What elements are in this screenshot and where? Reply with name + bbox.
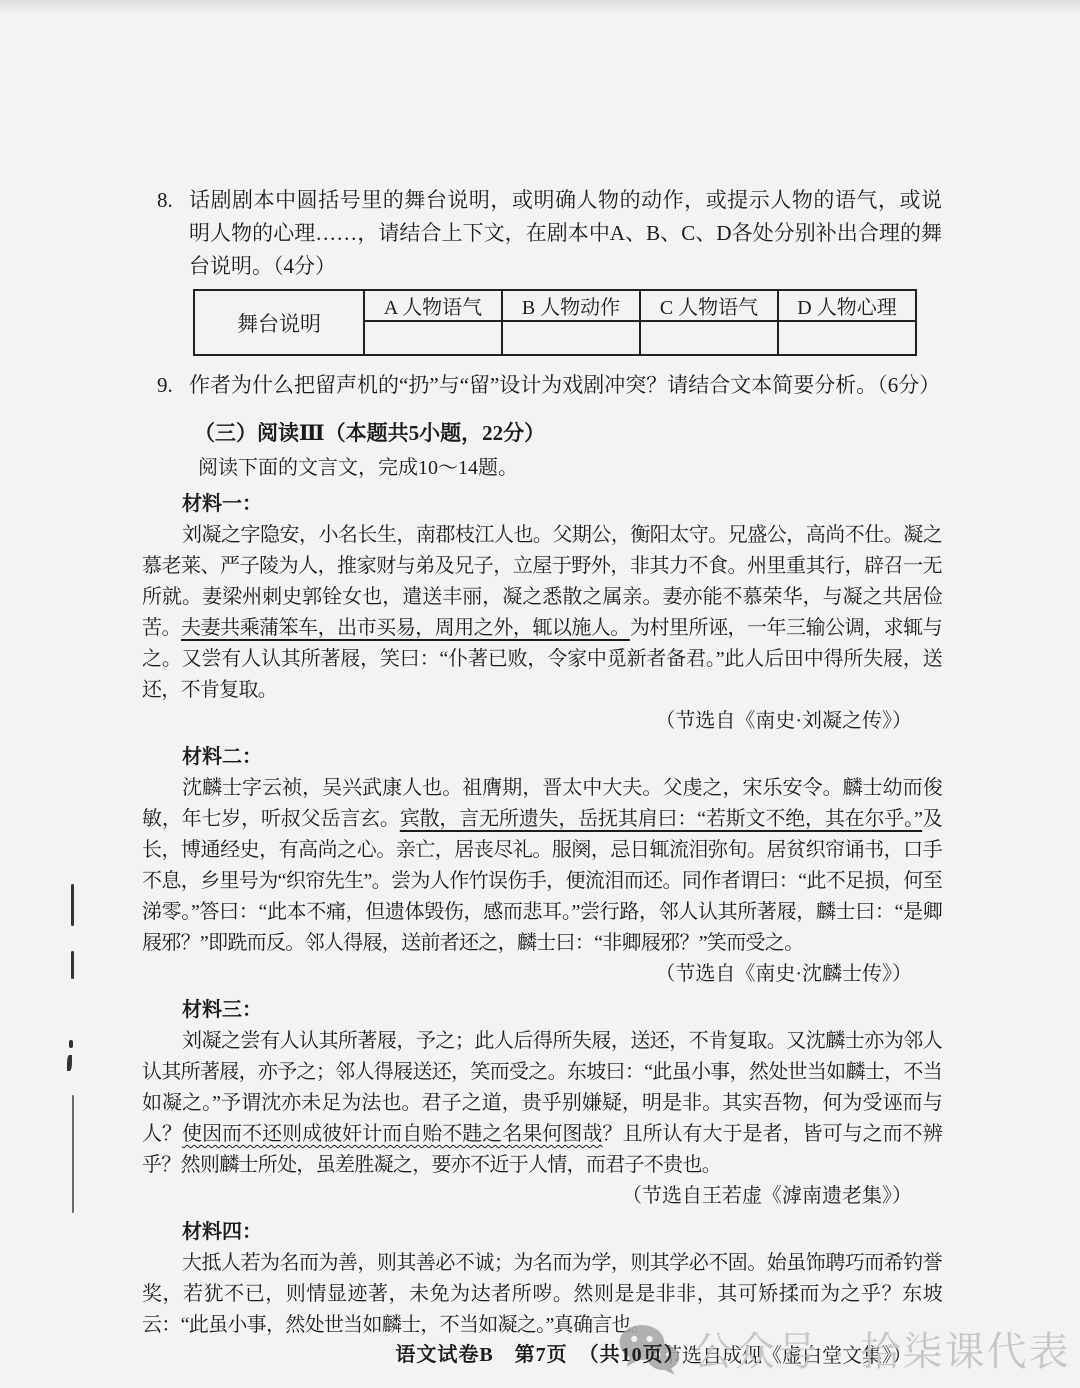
question-9: 9. 作者为什么把留声机的“扔”与“留”设计为戏剧冲突？请结合文本简要分析。（6… xyxy=(142,369,942,402)
table-answer-cell-a xyxy=(364,321,502,355)
material-2-paragraph: 沈麟士字云祯，吴兴武康人也。祖膺期，晋太中大夫。父虔之，宋乐安令。麟士幼而俊敏，… xyxy=(142,773,942,959)
page-content: 8. 话剧剧本中圆括号里的舞台说明，或明确人物的动作，或提示人物的语气，或说明人… xyxy=(142,184,942,1372)
material-1-paragraph: 刘凝之字隐安，小名长生，南郡枝江人也。父期公，衡阳太守。兄盛公，高尚不仕。凝之慕… xyxy=(142,520,942,706)
scan-artifact-mark xyxy=(69,1040,73,1048)
table-answer-cell-b xyxy=(502,321,640,355)
table-col-header-b: B 人物动作 xyxy=(502,290,640,321)
material-3-citation: （节选自王若虚《滹南遗老集》） xyxy=(142,1181,942,1212)
table-col-header-a: A 人物语气 xyxy=(364,290,502,321)
table-col-header-c: C 人物语气 xyxy=(640,290,778,321)
material-1-label: 材料一： xyxy=(142,489,942,520)
material-2-underlined-text: 宾散，言无所遗失，岳抚其肩曰：“若斯文不绝，其在尔乎。” xyxy=(400,808,922,830)
section-intro: 阅读下面的文言文，完成10～14题。 xyxy=(142,452,942,484)
material-2-citation: （节选自《南史·沈麟士传》） xyxy=(142,959,942,990)
stage-direction-table: 舞台说明 A 人物语气 B 人物动作 C 人物语气 D 人物心理 xyxy=(193,289,917,356)
material-3-paragraph: 刘凝之尝有人认其所著屐，予之；此人后得所失屐，送还，不肯复取。又沈麟士亦为邻人认… xyxy=(142,1026,942,1181)
table-row-header: 舞台说明 xyxy=(194,290,364,355)
table-answer-cell-c xyxy=(640,321,778,355)
question-8-number: 8. xyxy=(142,184,189,283)
table-row: 舞台说明 A 人物语气 B 人物动作 C 人物语气 D 人物心理 xyxy=(194,290,916,321)
material-2-label: 材料二： xyxy=(142,742,942,773)
material-3-wavy-underlined-text: 使因而不还则成彼奸计而自贻不韪之名果何图哉 xyxy=(182,1123,602,1145)
table-answer-cell-d xyxy=(778,321,916,355)
scan-artifact-line xyxy=(71,951,74,979)
question-8: 8. 话剧剧本中圆括号里的舞台说明，或明确人物的动作，或提示人物的语气，或说明人… xyxy=(142,184,942,283)
exam-paper-page: 8. 话剧剧本中圆括号里的舞台说明，或明确人物的动作，或提示人物的语气，或说明人… xyxy=(0,0,1080,1388)
section-heading: （三）阅读Ⅲ（本题共5小题，22分） xyxy=(142,417,942,450)
scan-artifact-mark xyxy=(67,1055,72,1071)
question-9-text: 作者为什么把留声机的“扔”与“留”设计为戏剧冲突？请结合文本简要分析。（6分） xyxy=(189,369,942,402)
material-3: 材料三： 刘凝之尝有人认其所著屐，予之；此人后得所失屐，送还，不肯复取。又沈麟士… xyxy=(142,995,942,1212)
scan-artifact-line xyxy=(72,1095,74,1213)
material-1: 材料一： 刘凝之字隐安，小名长生，南郡枝江人也。父期公，衡阳太守。兄盛公，高尚不… xyxy=(142,489,942,737)
material-4-label: 材料四： xyxy=(142,1217,942,1248)
material-1-citation: （节选自《南史·刘凝之传》） xyxy=(142,706,942,737)
scan-artifact-line xyxy=(71,884,74,926)
material-1-underlined-text: 夫妻共乘蒲笨车，出市买易，周用之外，辄以施人。 xyxy=(181,617,630,639)
material-2: 材料二： 沈麟士字云祯，吴兴武康人也。祖膺期，晋太中大夫。父虔之，宋乐安令。麟士… xyxy=(142,742,942,990)
question-9-number: 9. xyxy=(142,369,189,402)
question-8-text: 话剧剧本中圆括号里的舞台说明，或明确人物的动作，或提示人物的语气，或说明人物的心… xyxy=(189,184,942,283)
table-col-header-d: D 人物心理 xyxy=(778,290,916,321)
page-footer: 语文试卷B 第7页 （共10页） xyxy=(0,1338,1080,1367)
material-3-label: 材料三： xyxy=(142,995,942,1026)
